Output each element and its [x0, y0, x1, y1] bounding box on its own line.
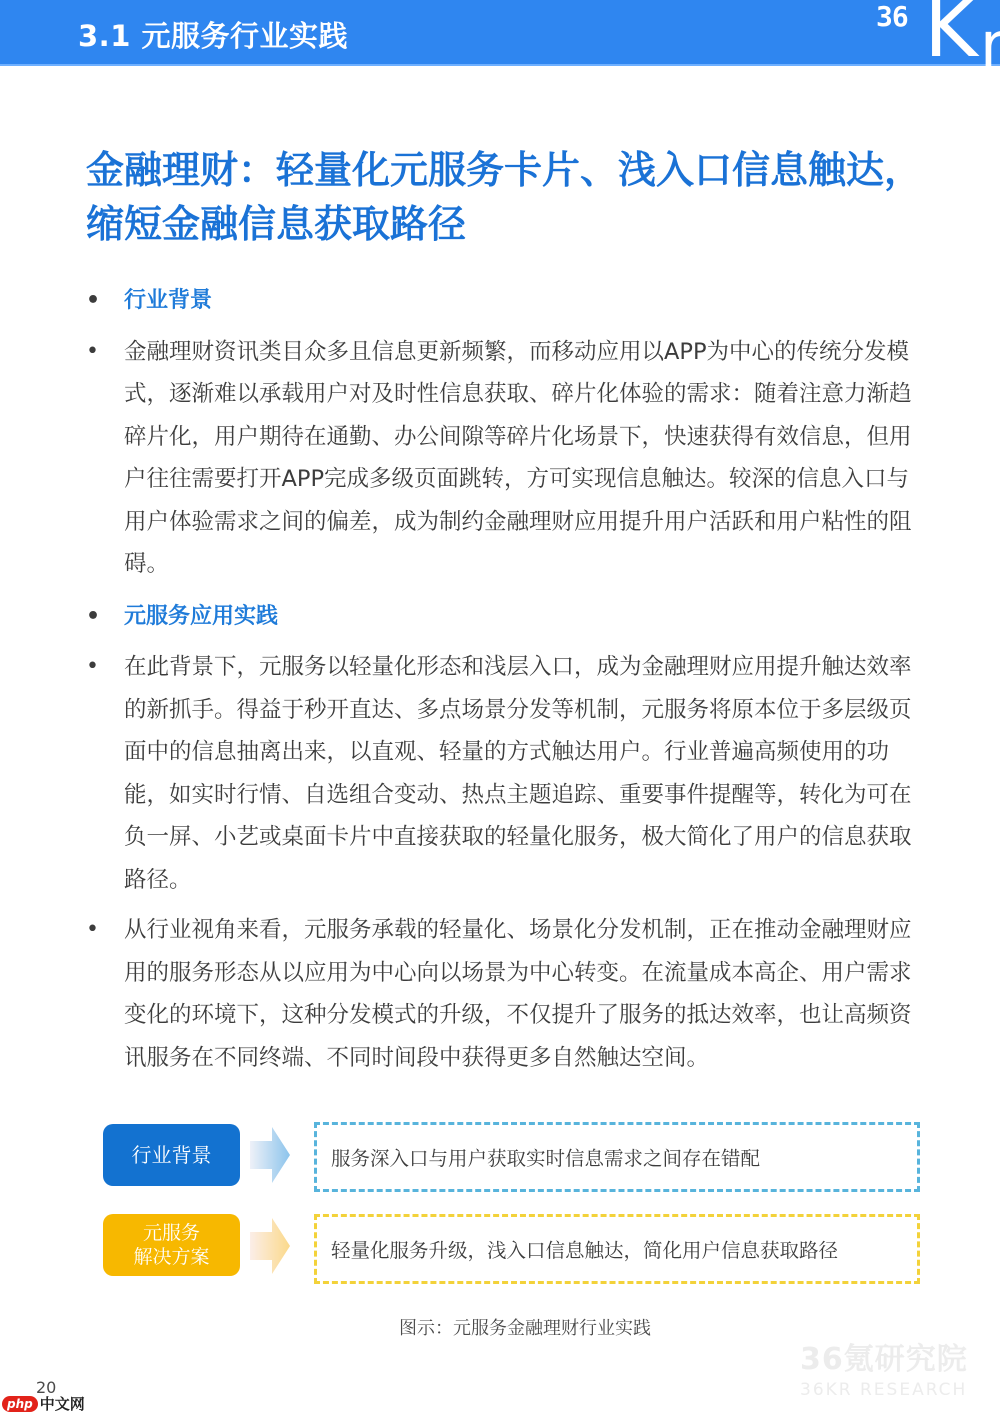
box-text: 服务深入口与用户获取实时信息需求之间存在错配 [331, 1143, 760, 1171]
badge-text: 中文网 [40, 1393, 85, 1414]
paragraph-text: 从行业视角来看，元服务承载的轻量化、场景化分发机制，正在推动金融理财应用的服务形… [124, 917, 912, 1071]
section-heading-label: 元服务应用实践 [124, 604, 278, 629]
pill-label-line-1: 元服务 [133, 1221, 209, 1245]
body-content: • 行业背景 • 金融理财资讯类目众多且信息更新频繁，而移动应用以APP为中心的… [86, 280, 926, 1079]
pill-label: 行业背景 [132, 1143, 212, 1167]
arrow-right-icon [250, 1127, 290, 1183]
label-industry-background: 行业背景 [103, 1124, 240, 1186]
logo-letter-r: r [980, 14, 1000, 70]
bullet-icon: • [86, 331, 99, 374]
paragraph-practice-1: • 在此背景下，元服务以轻量化形态和浅层入口，成为金融理财应用提升触达效率的新抓… [86, 646, 926, 901]
logo-digits: 36 [876, 0, 908, 33]
watermark-line-1: 36氪研究院 [800, 1334, 980, 1378]
background-description-box: 服务深入口与用户获取实时信息需求之间存在错配 [314, 1122, 920, 1192]
research-watermark: 36氪研究院 36KR RESEARCH [800, 1334, 980, 1400]
bullet-icon: • [86, 909, 99, 952]
php-logo-icon: php [2, 1396, 38, 1412]
solution-description-box: 轻量化服务升级，浅入口信息触达，简化用户信息获取路径 [314, 1214, 920, 1284]
section-title: 3.1 元服务行业实践 [78, 14, 348, 55]
bullet-icon: • [86, 596, 100, 639]
bullet-icon: • [86, 646, 99, 689]
paragraph-practice-2: • 从行业视角来看，元服务承载的轻量化、场景化分发机制，正在推动金融理财应用的服… [86, 909, 926, 1079]
36kr-logo: 36 K r [876, 0, 1000, 70]
bullet-icon: • [86, 280, 100, 323]
watermark-line-2: 36KR RESEARCH [800, 1380, 980, 1400]
practice-diagram: 行业背景 服务深入口与用户获取实时信息需求之间存在错配 元服务 解决方案 轻量化… [100, 1118, 930, 1288]
paragraph-background: • 金融理财资讯类目众多且信息更新频繁，而移动应用以APP为中心的传统分发模式，… [86, 331, 926, 586]
paragraph-text: 金融理财资讯类目众多且信息更新频繁，而移动应用以APP为中心的传统分发模式，逐渐… [124, 339, 912, 578]
box-text: 轻量化服务升级，浅入口信息触达，简化用户信息获取路径 [331, 1235, 838, 1263]
section-heading-practice: • 元服务应用实践 [86, 596, 926, 639]
logo-letter-k: K [924, 0, 978, 70]
section-heading-background: • 行业背景 [86, 280, 926, 323]
section-header-bar: 3.1 元服务行业实践 36 K r [0, 0, 1000, 66]
label-meta-service-solution: 元服务 解决方案 [103, 1214, 240, 1276]
paragraph-text: 在此背景下，元服务以轻量化形态和浅层入口，成为金融理财应用提升触达效率的新抓手。… [124, 654, 912, 893]
arrow-right-icon [250, 1218, 290, 1274]
section-heading-label: 行业背景 [124, 288, 212, 313]
page-headline: 金融理财：轻量化元服务卡片、浅入口信息触达， 缩短金融信息获取路径 [86, 143, 966, 251]
pill-label-line-2: 解决方案 [133, 1245, 209, 1269]
headline-line-1: 金融理财：轻量化元服务卡片、浅入口信息触达， [86, 143, 966, 197]
php-cn-badge[interactable]: php 中文网 [2, 1393, 85, 1414]
headline-line-2: 缩短金融信息获取路径 [86, 197, 966, 251]
